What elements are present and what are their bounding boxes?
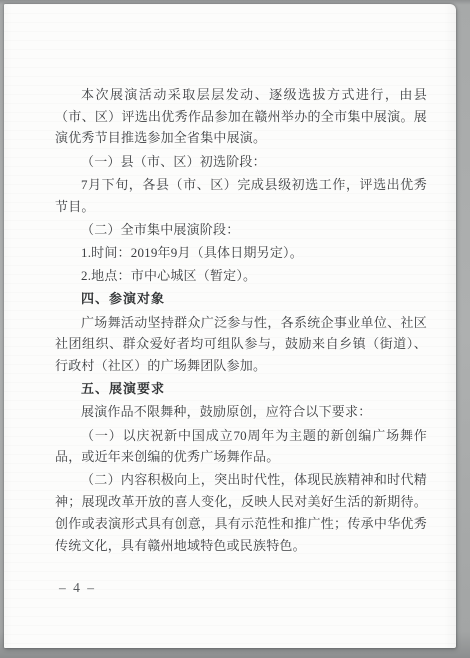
para-city-stage-location: 2.地点：市中心城区（暂定）。 bbox=[55, 265, 427, 287]
heading-section-5-requirements: 五、展演要求 bbox=[55, 378, 427, 400]
scanned-document-view: { "doc": { "paragraphs": [ { "style": "b… bbox=[0, 0, 470, 658]
para-county-stage-title: （一）县（市、区）初选阶段： bbox=[55, 151, 427, 173]
para-city-stage-time: 1.时间：2019年9月（具体日期另定）。 bbox=[55, 242, 427, 264]
document-page: 本次展演活动采取层层发动、逐级选拔方式进行，由县（市、区）评选出优秀作品参加在赣… bbox=[4, 4, 456, 648]
para-requirements-intro: 展演作品不限舞种，鼓励原创，应符合以下要求： bbox=[55, 401, 427, 423]
heading-section-4-participants: 四、参演对象 bbox=[55, 288, 427, 310]
para-requirement-1: （一）以庆祝新中国成立70周年为主题的新创编广场舞作品，或近年来创编的优秀广场舞… bbox=[55, 425, 427, 468]
document-body-text: 本次展演活动采取层层发动、逐级选拔方式进行，由县（市、区）评选出优秀作品参加在赣… bbox=[55, 84, 427, 558]
para-county-stage-detail: 7月下旬，各县（市、区）完成县级初选工作，评选出优秀节目。 bbox=[55, 174, 427, 217]
para-city-stage-title: （二）全市集中展演阶段： bbox=[55, 219, 427, 241]
page-number: – 4 – bbox=[59, 580, 96, 596]
para-requirement-2: （二）内容积极向上，突出时代性，体现民族精神和时代精神；展现改革开放的喜人变化，… bbox=[55, 469, 427, 556]
para-selection-process: 本次展演活动采取层层发动、逐级选拔方式进行，由县（市、区）评选出优秀作品参加在赣… bbox=[55, 84, 427, 149]
para-participants-detail: 广场舞活动坚持群众广泛参与性，各系统企事业单位、社区社团组织、群众爱好者均可组队… bbox=[55, 312, 427, 377]
